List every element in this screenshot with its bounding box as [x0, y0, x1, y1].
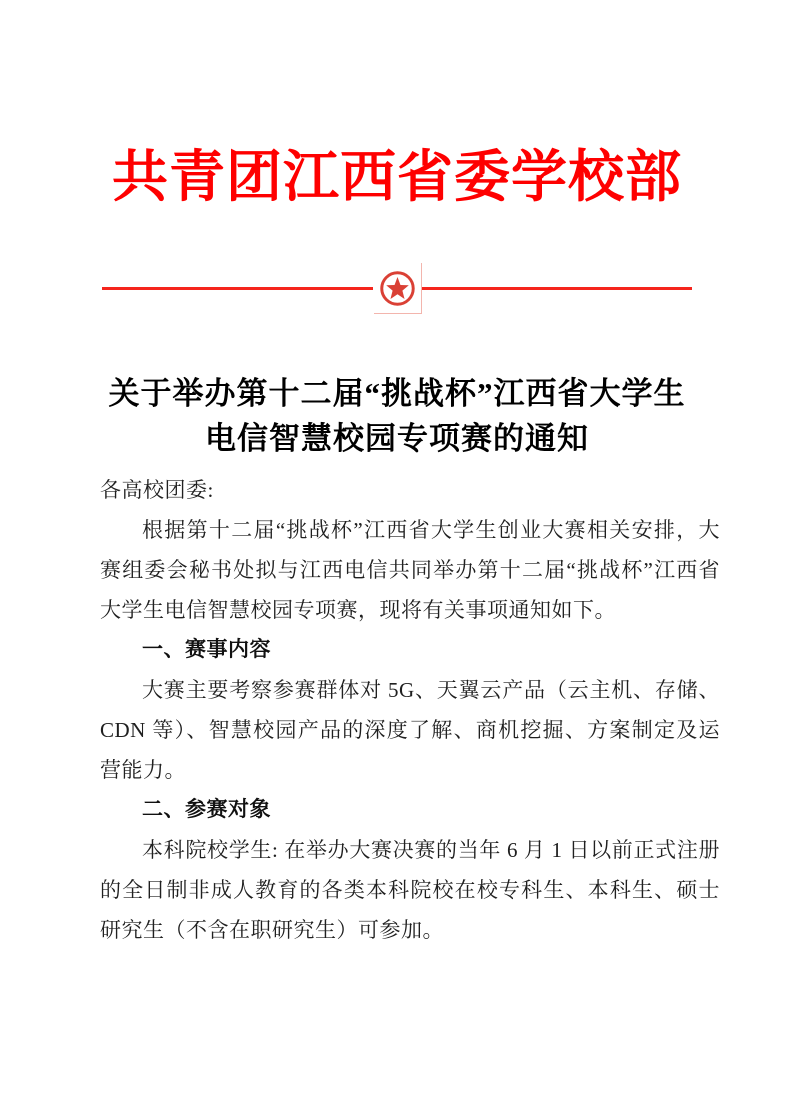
document-title: 关于举办第十二届“挑战杯”江西省大学生 电信智慧校园专项赛的通知	[60, 371, 734, 461]
document-title-line2: 电信智慧校园专项赛的通知	[60, 416, 734, 461]
intro-paragraph: 根据第十二届“挑战杯”江西省大学生创业大赛相关安排，大赛组委会秘书处拟与江西电信…	[100, 510, 720, 630]
document-title-line1: 关于举办第十二届“挑战杯”江西省大学生	[60, 371, 734, 416]
image-frame-artifact-horizontal	[374, 313, 421, 314]
letterhead-divider	[102, 269, 692, 307]
letterhead-org-name: 共青团江西省委学校部	[0, 147, 794, 209]
section-1-paragraph: 大赛主要考察参赛群体对 5G、天翼云产品（云主机、存储、CDN 等）、智慧校园产…	[100, 670, 720, 790]
divider-line-right	[422, 287, 693, 290]
section-1-heading: 一、赛事内容	[100, 630, 720, 670]
image-frame-artifact-vertical	[421, 263, 422, 314]
document-page: 共青团江西省委学校部 关于举办第十二届“挑战杯”江西省大学生 电信智慧校园专项赛…	[0, 0, 794, 1108]
salutation: 各高校团委:	[100, 470, 720, 510]
document-body: 各高校团委: 根据第十二届“挑战杯”江西省大学生创业大赛相关安排，大赛组委会秘书…	[100, 470, 720, 950]
divider-line-left	[102, 287, 373, 290]
section-2-heading: 二、参赛对象	[100, 790, 720, 830]
star-in-circle-icon	[379, 270, 416, 307]
section-2-paragraph: 本科院校学生: 在举办大赛决赛的当年 6 月 1 日以前正式注册的全日制非成人教…	[100, 830, 720, 950]
